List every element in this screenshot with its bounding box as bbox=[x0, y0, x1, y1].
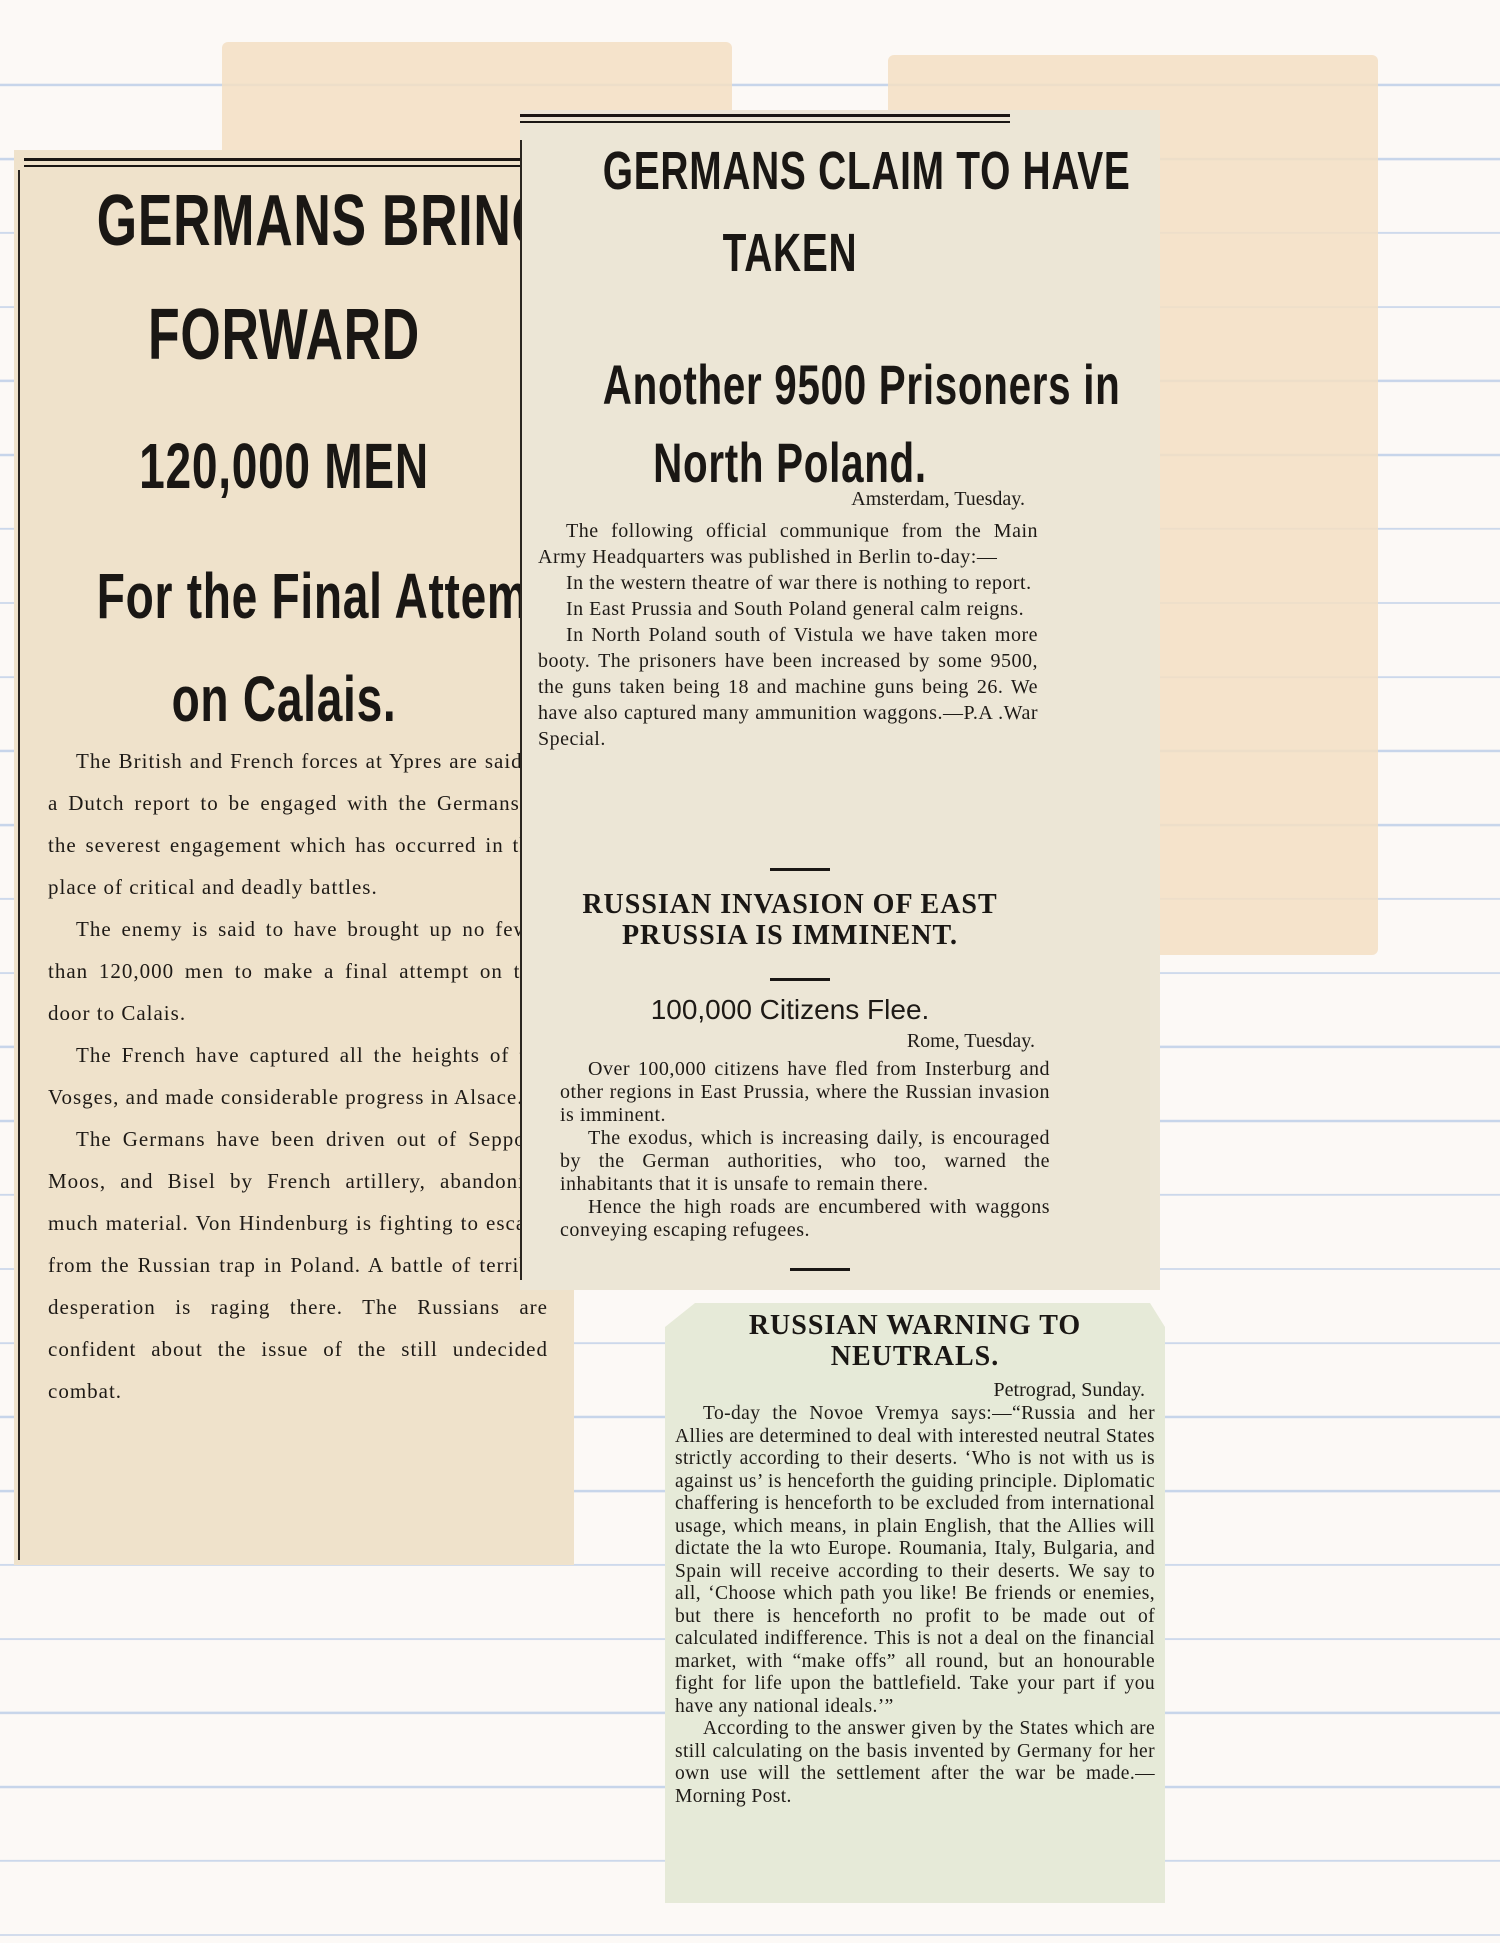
headline: RUSSIAN WARNING TO NEUTRALS. bbox=[665, 1311, 1165, 1373]
headline-line-2: TAKEN bbox=[603, 222, 977, 284]
second-headline-line-1: RUSSIAN INVASION OF EAST bbox=[530, 890, 1050, 921]
dateline: Petrograd, Sunday. bbox=[665, 1379, 1145, 1402]
paragraph: To-day the Novoe Vremya says:—“Russia an… bbox=[675, 1403, 1155, 1718]
column-rule bbox=[520, 140, 522, 1280]
headline-line-3: 120,000 MEN bbox=[97, 429, 471, 503]
headline-line-1: RUSSIAN WARNING TO bbox=[665, 1311, 1165, 1342]
article-body: Over 100,000 citizens have fled from Ins… bbox=[560, 1058, 1050, 1242]
subheadline-line-1: Another 9500 Prisoners in bbox=[603, 352, 977, 417]
top-double-rule bbox=[520, 114, 1010, 117]
clipping-germans-claim-prisoners: GERMANS CLAIM TO HAVE TAKEN Another 9500… bbox=[520, 110, 1160, 1290]
headline-line-2: FORWARD bbox=[97, 294, 471, 376]
clipping-germans-bring-forward: GERMANS BRING FORWARD 120,000 MEN For th… bbox=[14, 150, 574, 1565]
headline-line-1: GERMANS BRING bbox=[97, 180, 471, 262]
dateline: Rome, Tuesday. bbox=[530, 1030, 1035, 1053]
paragraph: In North Poland south of Vistula we have… bbox=[538, 622, 1038, 752]
article-body: The British and French forces at Ypres a… bbox=[48, 740, 548, 1412]
headline-block: GERMANS BRING FORWARD 120,000 MEN For th… bbox=[24, 174, 544, 734]
headline-block: GERMANS CLAIM TO HAVE TAKEN Another 9500… bbox=[530, 140, 1050, 500]
column-rule bbox=[18, 170, 20, 1560]
paragraph: In the western theatre of war there is n… bbox=[538, 570, 1038, 596]
paragraph: The exodus, which is increasing daily, i… bbox=[560, 1127, 1050, 1196]
section-divider bbox=[790, 1268, 850, 1271]
paragraph: According to the answer given by the Sta… bbox=[675, 1718, 1155, 1808]
scrapbook-page: GERMANS BRING FORWARD 120,000 MEN For th… bbox=[0, 0, 1500, 1943]
section-divider bbox=[770, 868, 830, 871]
paragraph: In East Prussia and South Poland general… bbox=[538, 596, 1038, 622]
clipping-russian-warning: RUSSIAN WARNING TO NEUTRALS. Petrograd, … bbox=[665, 1303, 1165, 1903]
paragraph: Over 100,000 citizens have fled from Ins… bbox=[560, 1058, 1050, 1127]
second-headline-line-2: PRUSSIA IS IMMINENT. bbox=[530, 921, 1050, 952]
headline-line-2: NEUTRALS. bbox=[665, 1342, 1165, 1373]
second-headline: RUSSIAN INVASION OF EAST PRUSSIA IS IMMI… bbox=[530, 890, 1050, 952]
headline-line-1: GERMANS CLAIM TO HAVE bbox=[603, 140, 977, 202]
subheadline-line-2: on Calais. bbox=[97, 662, 471, 736]
article-body: To-day the Novoe Vremya says:—“Russia an… bbox=[675, 1403, 1155, 1808]
paragraph: Hence the high roads are encumbered with… bbox=[560, 1196, 1050, 1242]
paragraph: The British and French forces at Ypres a… bbox=[48, 740, 548, 908]
subheadline: 100,000 Citizens Flee. bbox=[530, 994, 1050, 1026]
paragraph: The Germans have been driven out of Sepp… bbox=[48, 1118, 548, 1412]
paragraph: The enemy is said to have brought up no … bbox=[48, 908, 548, 1034]
subheadline-line-1: For the Final Attempt bbox=[97, 559, 471, 633]
subheadline-line-2: North Poland. bbox=[603, 430, 977, 495]
paragraph: The French have captured all the heights… bbox=[48, 1034, 548, 1118]
paragraph: The following official communique from t… bbox=[538, 518, 1038, 570]
section-divider bbox=[770, 978, 830, 981]
article-body: The following official communique from t… bbox=[538, 518, 1038, 752]
dateline: Amsterdam, Tuesday. bbox=[530, 488, 1025, 511]
